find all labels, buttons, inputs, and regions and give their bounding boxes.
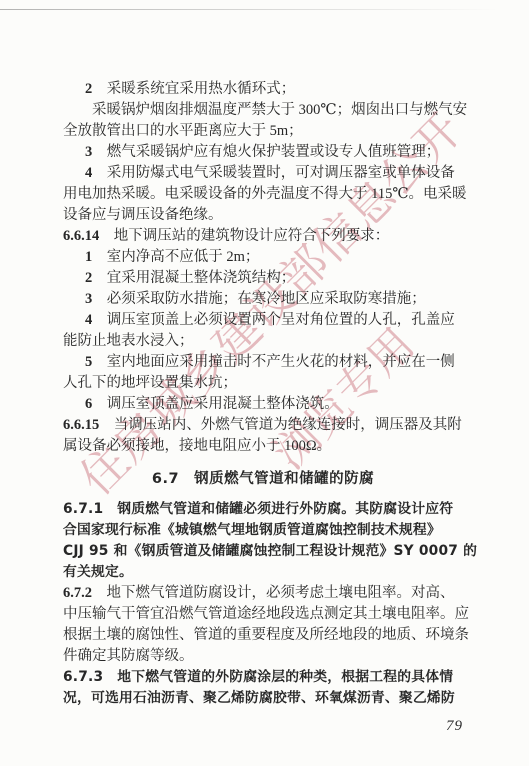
text-segment: 有关规定。 — [63, 564, 133, 580]
text-line: 设备应与调压设备绝缘。 — [63, 205, 463, 226]
text-line: CJJ 95 和《钢质管道及储罐腐蚀控制工程设计规范》SY 0007 的 — [63, 541, 463, 562]
text-segment: 钢质燃气管道和储罐必须进行外防腐。其防腐设计应符 — [103, 501, 453, 517]
text-segment: 人孔下的地坪设置集水坑； — [63, 375, 237, 391]
text-line: 用电加热采暖。电采暖设备的外壳温度不得大于 115℃。电采暖 — [63, 184, 463, 205]
text-line: 合国家现行标准《城镇燃气埋地钢质管道腐蚀控制技术规程》 — [63, 520, 463, 541]
text-segment: 地下燃气管道的外防腐涂层的种类，根据工程的具体情 — [103, 669, 453, 685]
text-segment: 宜采用混凝土整体浇筑结构； — [92, 270, 295, 286]
scan-artifact-line — [0, 9, 498, 10]
text-line: 况，可选用石油沥青、聚乙烯防腐胶带、环氧煤沥青、聚乙烯防 — [63, 688, 463, 709]
page-number: 79 — [446, 718, 463, 735]
text-segment: 能防止地表水浸入； — [63, 333, 194, 349]
text-segment: 室内地面应采用撞击时不产生火花的材料，并应在一侧 — [92, 354, 455, 370]
text-segment: 设备应与调压设备绝缘。 — [63, 207, 223, 223]
text-segment: 全放散管出口的水平距离应大于 5m； — [63, 123, 303, 139]
text-line: 件确定其防腐等级。 — [63, 646, 463, 667]
text-line: 中压输气干管宜沿燃气管道途经地段选点测定其土壤电阻率。应 — [63, 604, 463, 625]
text-line: 4 调压室顶盖上必须设置两个呈对角位置的人孔，孔盖应 — [63, 310, 463, 331]
text-line: 能防止地表水浸入； — [63, 331, 463, 352]
text-line: 有关规定。 — [63, 562, 463, 583]
text-line: 4 采用防爆式电气采暖装置时，可对调压器室或单体设备 — [63, 163, 463, 184]
text-segment: 根据土壤的腐蚀性、管道的重要程度及所经地段的地质、环境条 — [63, 627, 469, 643]
text-line: 6.7 钢质燃气管道和储罐的防腐 — [63, 469, 463, 490]
text-line: 6.7.3 地下燃气管道的外防腐涂层的种类，根据工程的具体情 — [63, 667, 463, 688]
text-segment: 合国家现行标准《城镇燃气埋地钢质管道腐蚀控制技术规程》 — [63, 522, 441, 538]
text-segment: 采暖系统宜采用热水循环式； — [92, 81, 295, 97]
text-segment: 采用防爆式电气采暖装置时，可对调压器室或单体设备 — [92, 165, 455, 181]
text-line: 6.7.1 钢质燃气管道和储罐必须进行外防腐。其防腐设计应符 — [63, 499, 463, 520]
scanned-document-page: { "watermark": { "color": "#cf7f88", "li… — [0, 0, 529, 766]
text-segment: 属设备必须接地，接地电阻应小于 100Ω。 — [63, 438, 331, 454]
text-segment: 调压室顶盖应采用混凝土整体浇筑。 — [92, 396, 339, 412]
text-line: 3 必须采取防水措施；在寒冷地区应采取防寒措施； — [63, 289, 463, 310]
document-text-column: 2 采暖系统宜采用热水循环式；采暖锅炉烟囱排烟温度严禁大于 300℃；烟囱出口与… — [63, 79, 463, 709]
text-segment: 用电加热采暖。电采暖设备的外壳温度不得大于 115℃。电采暖 — [63, 186, 467, 202]
text-segment: 6.6.14 — [63, 228, 99, 244]
text-segment: 地下调压站的建筑物设计应符合下列要求： — [99, 228, 389, 244]
text-segment: 况，可选用石油沥青、聚乙烯防腐胶带、环氧煤沥青、聚乙烯防 — [63, 690, 455, 706]
text-line: 3 燃气采暖锅炉应有熄火保护装置或设专人值班管理； — [63, 142, 463, 163]
text-line: 6.7.2 地下燃气管道防腐设计，必须考虑土壤电阻率。对高、 — [63, 583, 463, 604]
text-segment: 当调压站内、外燃气管道为绝缘连接时，调压器及其附 — [99, 417, 462, 433]
text-line: 6.6.14 地下调压站的建筑物设计应符合下列要求： — [63, 226, 463, 247]
text-segment: 6.7 钢质燃气管道和储罐的防腐 — [152, 471, 374, 487]
text-segment: 件确定其防腐等级。 — [63, 648, 194, 664]
text-line: 2 采暖系统宜采用热水循环式； — [63, 79, 463, 100]
text-line: 5 室内地面应采用撞击时不产生火花的材料，并应在一侧 — [63, 352, 463, 373]
text-line: 2 宜采用混凝土整体浇筑结构； — [63, 268, 463, 289]
text-line: 1 室内净高不应低于 2m； — [63, 247, 463, 268]
text-segment: 6.7.2 — [63, 585, 92, 601]
text-segment: 必须采取防水措施；在寒冷地区应采取防寒措施； — [92, 291, 426, 307]
text-segment: 燃气采暖锅炉应有熄火保护装置或设专人值班管理； — [92, 144, 440, 160]
text-segment: 室内净高不应低于 2m； — [92, 249, 259, 265]
text-segment: 6.7.3 — [63, 669, 103, 685]
text-segment: 调压室顶盖上必须设置两个呈对角位置的人孔，孔盖应 — [92, 312, 455, 328]
text-segment: 中压输气干管宜沿燃气管道途经地段选点测定其土壤电阻率。应 — [63, 606, 469, 622]
text-segment: 6.7.1 — [63, 501, 103, 517]
text-segment: 地下燃气管道防腐设计，必须考虑土壤电阻率。对高、 — [92, 585, 455, 601]
text-segment: 采暖锅炉烟囱排烟温度严禁大于 300℃；烟囱出口与燃气安 — [92, 102, 467, 118]
text-line: 6 调压室顶盖应采用混凝土整体浇筑。 — [63, 394, 463, 415]
text-line: 人孔下的地坪设置集水坑； — [63, 373, 463, 394]
text-segment: 6.6.15 — [63, 417, 99, 433]
text-line: 全放散管出口的水平距离应大于 5m； — [63, 121, 463, 142]
text-line: 属设备必须接地，接地电阻应小于 100Ω。 — [63, 436, 463, 457]
text-line: 根据土壤的腐蚀性、管道的重要程度及所经地段的地质、环境条 — [63, 625, 463, 646]
text-line: 采暖锅炉烟囱排烟温度严禁大于 300℃；烟囱出口与燃气安 — [63, 100, 463, 121]
text-line: 6.6.15 当调压站内、外燃气管道为绝缘连接时，调压器及其附 — [63, 415, 463, 436]
text-segment: CJJ 95 和《钢质管道及储罐腐蚀控制工程设计规范》SY 0007 的 — [63, 543, 477, 559]
